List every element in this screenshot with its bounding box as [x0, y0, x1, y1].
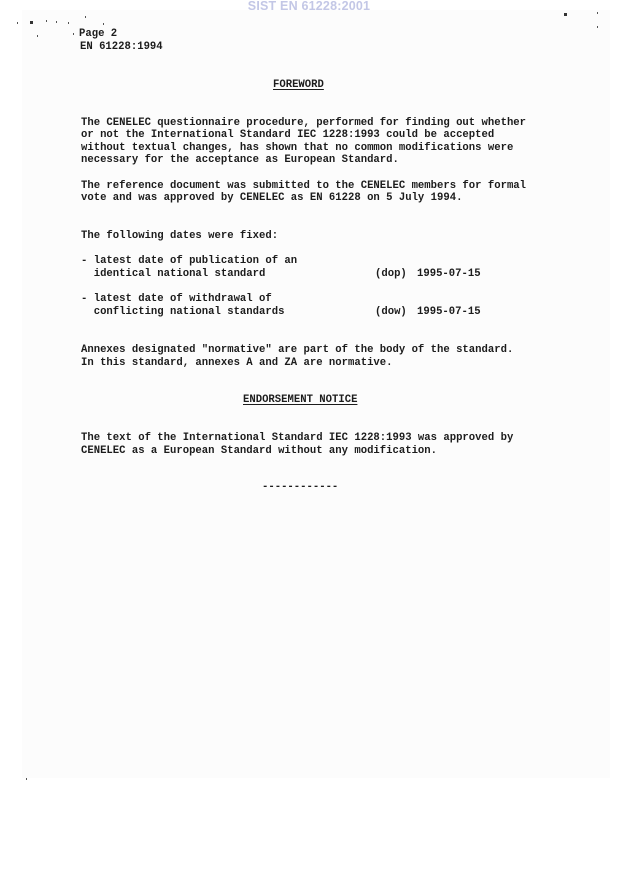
foreword-heading: FOREWORD [273, 79, 324, 92]
scan-speck [103, 23, 104, 25]
scan-speck [17, 22, 18, 24]
scan-speck [597, 12, 598, 14]
scan-speck [597, 26, 598, 28]
scan-speck [68, 22, 69, 24]
document-id: EN 61228:1994 [80, 41, 163, 54]
date-item-label: - latest date of publication of an [81, 255, 297, 268]
scan-speck [56, 21, 57, 23]
dates-intro: The following dates were fixed: [81, 230, 278, 243]
date-value: 1995-07-15 [417, 268, 481, 281]
text-line: In this standard, annexes A and ZA are n… [81, 357, 393, 370]
scan-speck [46, 20, 47, 22]
scan-speck [30, 21, 33, 24]
date-item-label: conflicting national standards [81, 306, 284, 319]
scan-speck [26, 778, 27, 780]
scan-speck [37, 35, 38, 37]
text-line: necessary for the acceptance as European… [81, 154, 399, 167]
text-line: The CENELEC questionnaire procedure, per… [81, 117, 526, 130]
text-line: The reference document was submitted to … [81, 180, 526, 193]
date-item-label: identical national standard [81, 268, 265, 281]
text-line: The text of the International Standard I… [81, 432, 513, 445]
text-line: or not the International Standard IEC 12… [81, 129, 494, 142]
scan-speck [85, 16, 86, 18]
text-line: CENELEC as a European Standard without a… [81, 445, 437, 458]
page-number: Page 2 [79, 28, 117, 41]
text-line: without textual changes, has shown that … [81, 142, 513, 155]
text-line: Annexes designated "normative" are part … [81, 344, 513, 357]
scan-speck [564, 13, 567, 16]
scan-speck [73, 33, 74, 35]
date-item-label: - latest date of withdrawal of [81, 293, 272, 306]
date-code: (dow) [375, 306, 407, 319]
end-separator: ------------ [262, 481, 338, 494]
endorsement-heading: ENDORSEMENT NOTICE [243, 394, 357, 407]
watermark: SIST EN 61228:2001 [0, 0, 618, 13]
date-code: (dop) [375, 268, 407, 281]
date-value: 1995-07-15 [417, 306, 481, 319]
text-line: vote and was approved by CENELEC as EN 6… [81, 192, 462, 205]
